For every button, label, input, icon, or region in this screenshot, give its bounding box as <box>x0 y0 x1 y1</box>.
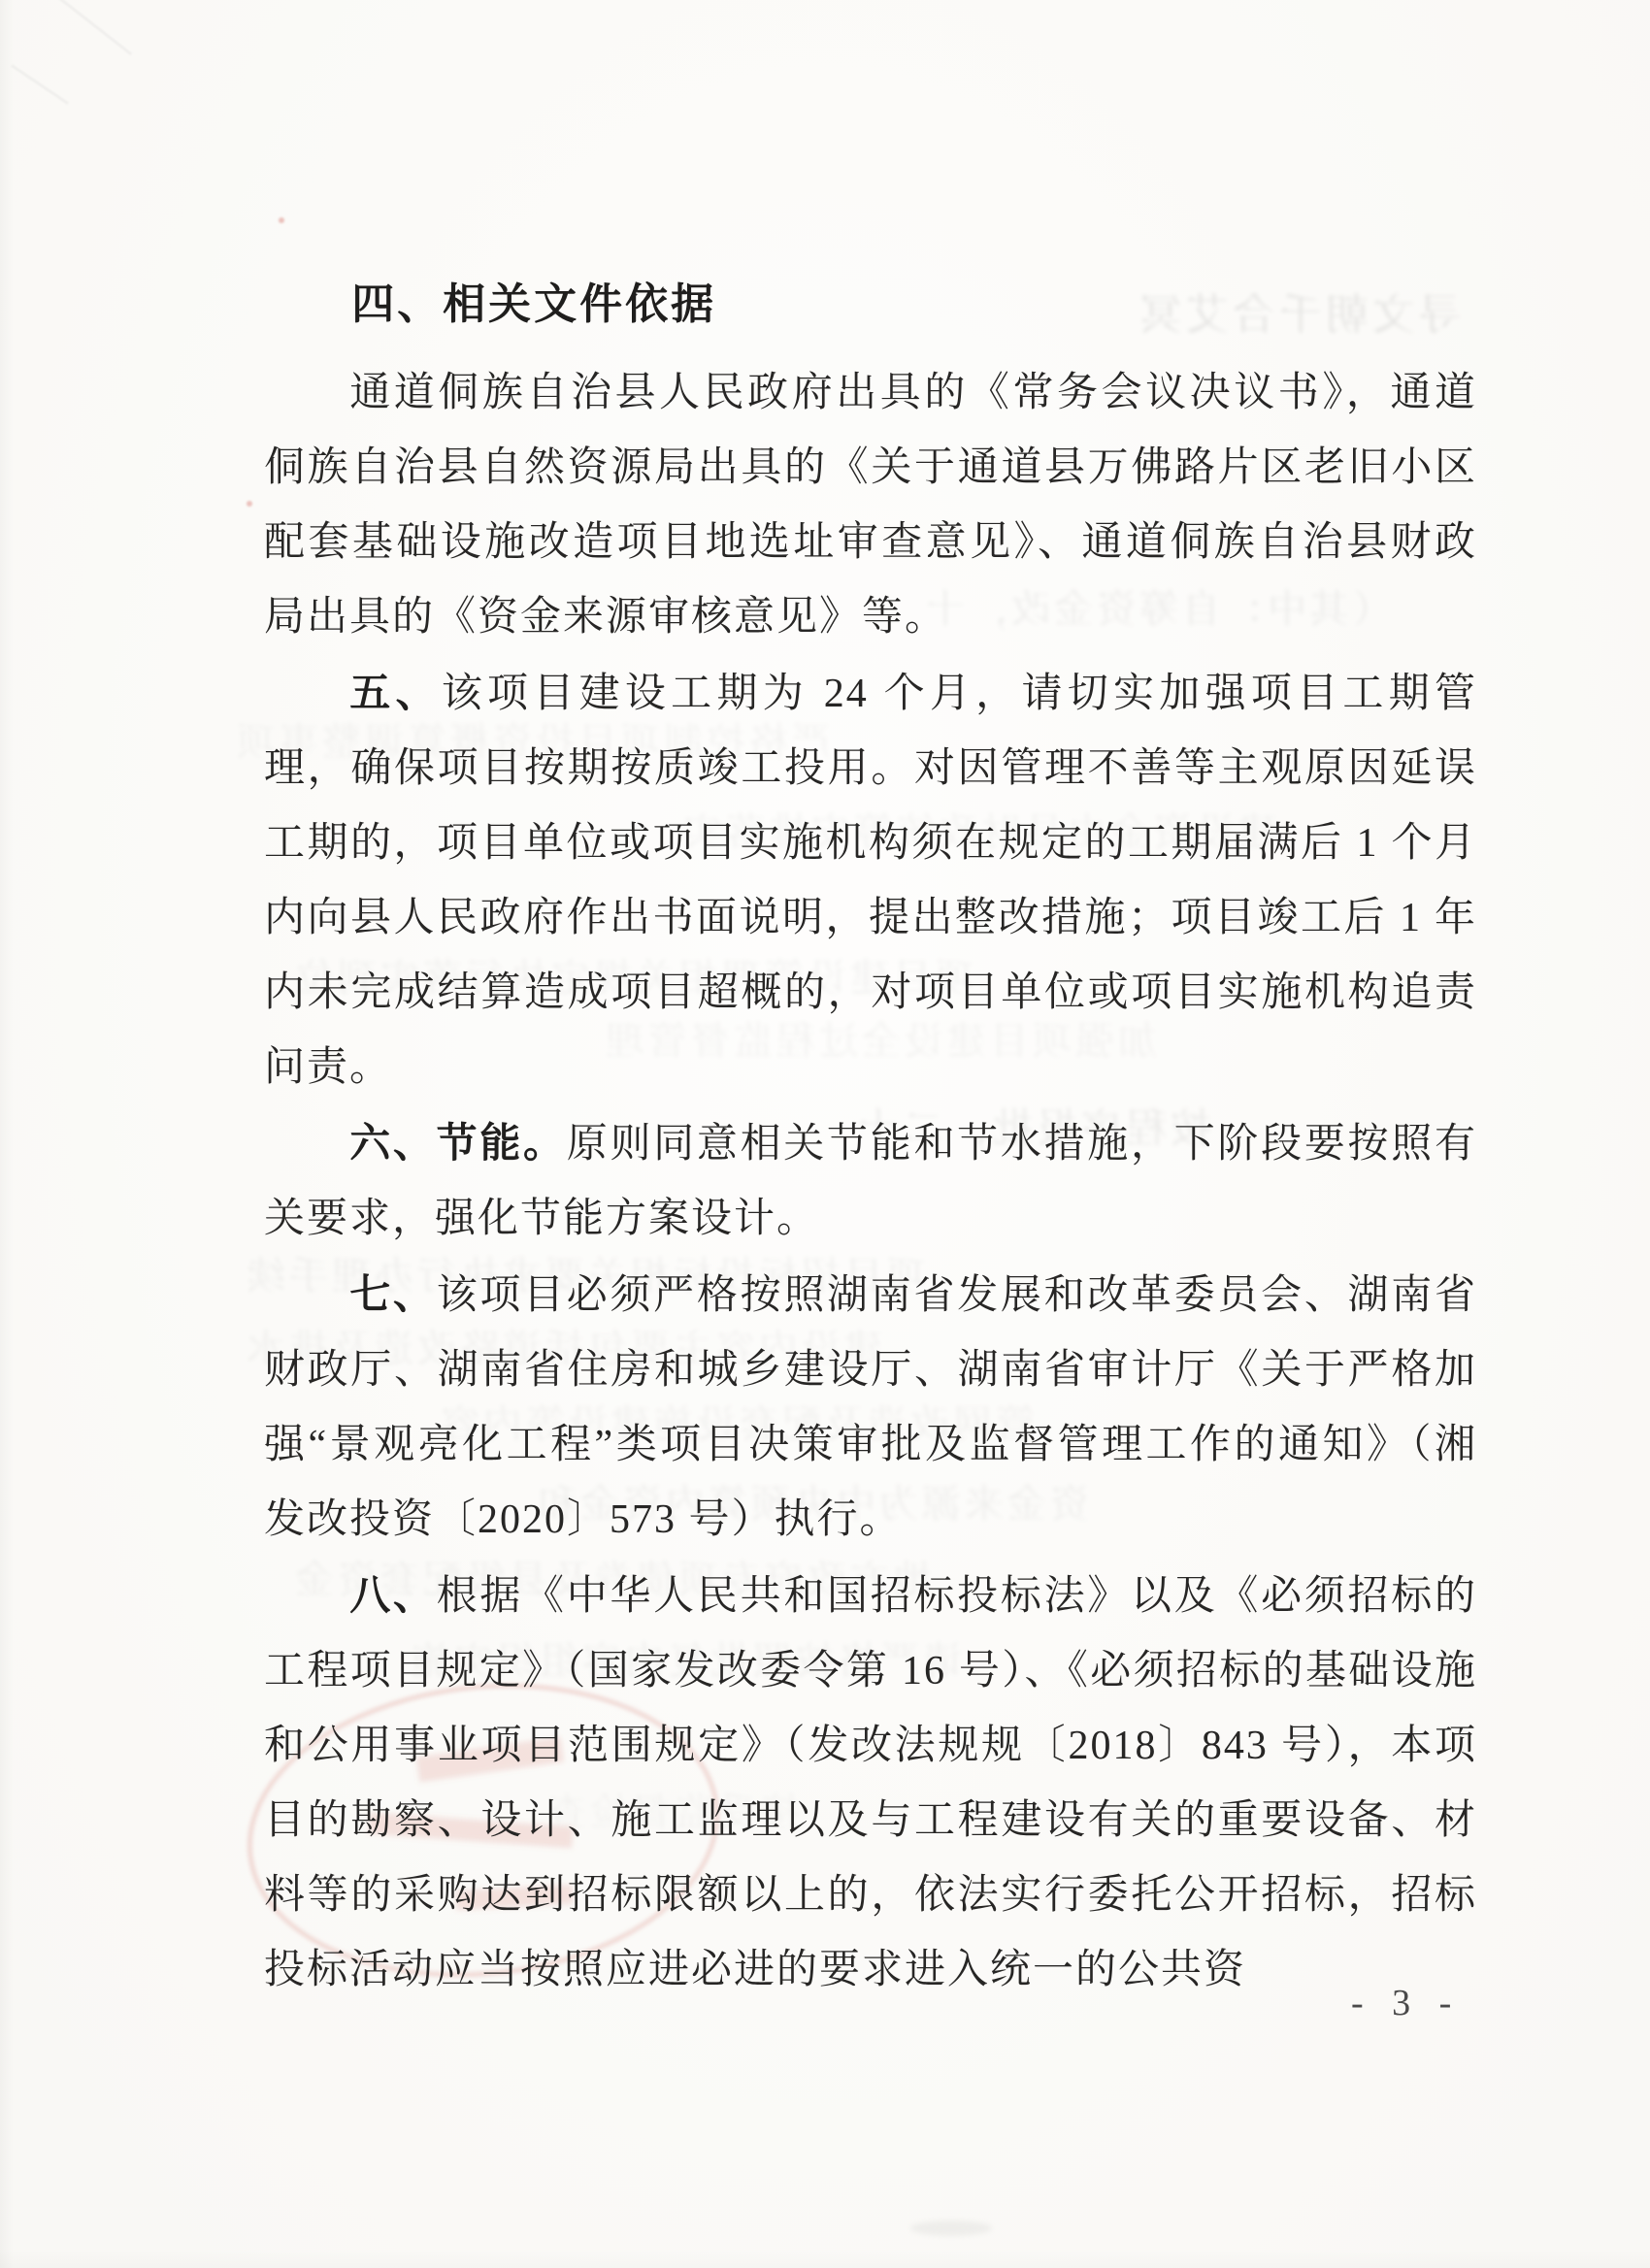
paragraph: 五、该项目建设工期为 24 个月，请切实加强项目工期管理，确保项目按期按质竣工投… <box>264 655 1477 1105</box>
document-text-block: 四、相关文件依据 通道侗族自治县人民政府出具的《常务会议决议书》，通道侗族自治县… <box>264 267 1477 2008</box>
scanned-document-page: 寻文朝千合艾冥（其中：自筹资金改，十严格控制项目投资概算调整事项建设资金由县财政… <box>0 0 1650 2268</box>
paragraph-lead: 八、 <box>349 1572 436 1618</box>
section-heading: 四、相关文件依据 <box>264 267 1477 342</box>
paragraph-lead: 六、节能。 <box>349 1120 567 1166</box>
paragraph: 通道侗族自治县人民政府出具的《常务会议决议书》，通道侗族自治县自然资源局出具的《… <box>264 356 1477 655</box>
fold-mark <box>11 65 68 105</box>
paragraph: 六、节能。原则同意相关节能和节水措施，下阶段要按照有关要求，强化节能方案设计。 <box>264 1105 1477 1257</box>
ink-speck <box>279 217 284 223</box>
paragraph-lead: 五、 <box>349 670 442 715</box>
page-number: - 3 - <box>1351 1982 1461 2024</box>
paragraph-lead: 七、 <box>349 1271 436 1317</box>
document-body: 通道侗族自治县人民政府出具的《常务会议决议书》，通道侗族自治县自然资源局出具的《… <box>264 356 1477 2008</box>
scan-smudge <box>910 2220 992 2236</box>
ink-speck <box>247 501 252 507</box>
paragraph: 八、根据《中华人民共和国招标投标法》以及《必须招标的工程项目规定》（国家发改委令… <box>264 1558 1477 2008</box>
fold-mark <box>39 0 132 55</box>
paragraph: 七、该项目必须严格按照湖南省发展和改革委员会、湖南省财政厅、湖南省住房和城乡建设… <box>264 1257 1477 1558</box>
